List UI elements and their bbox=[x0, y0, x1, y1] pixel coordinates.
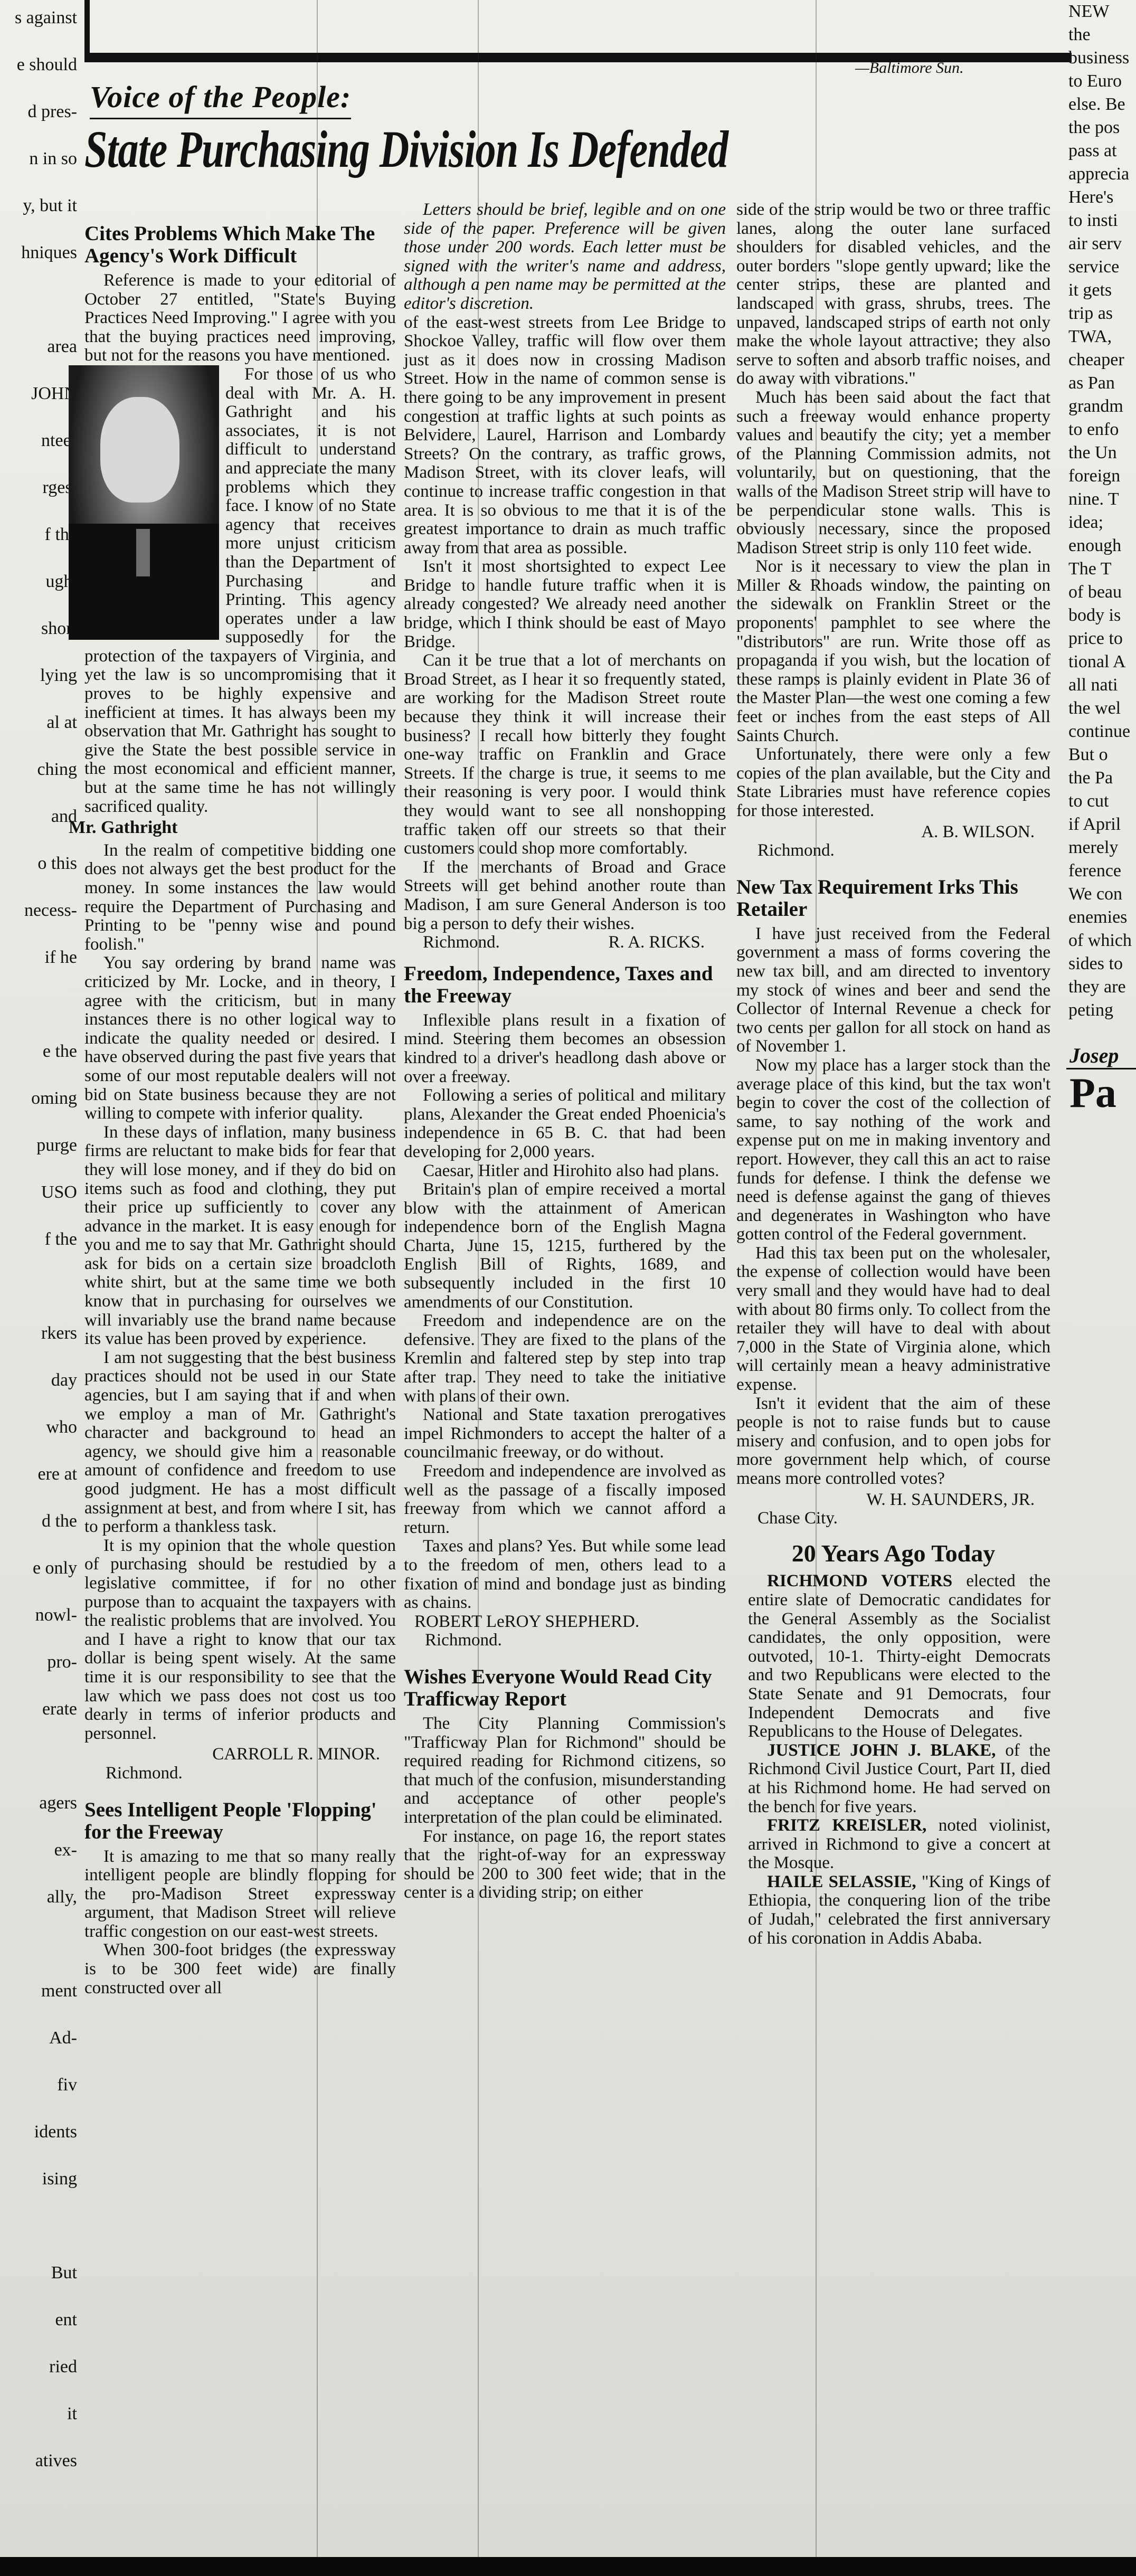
cartoon-credit: —Baltimore Sun. bbox=[855, 59, 964, 77]
paragraph: Much has been said about the fact that s… bbox=[736, 389, 1050, 557]
newspaper-page: s againste shouldd pres-n in soy, but it… bbox=[0, 0, 1136, 2576]
margin-fragment: nine. T bbox=[1068, 488, 1136, 511]
history-item: JUSTICE JOHN J. BLAKE, of the Richmond C… bbox=[736, 1741, 1050, 1816]
margin-fragment: body is bbox=[1068, 604, 1136, 627]
signature: R. A. RICKS. bbox=[609, 933, 705, 952]
margin-fragment: rkers bbox=[41, 1321, 77, 1346]
margin-fragment: hniques bbox=[21, 240, 77, 265]
margin-fragment: But bbox=[51, 2260, 77, 2285]
history-item: RICHMOND VOTERS elected the entire slate… bbox=[736, 1572, 1050, 1741]
letter-headline-minor: Cites Problems Which Make The Agency's W… bbox=[84, 223, 396, 267]
margin-fragment: sides to bbox=[1068, 952, 1136, 976]
portrait-tie bbox=[136, 529, 150, 576]
paragraph: Freedom and independence are involved as… bbox=[404, 1462, 726, 1537]
margin-fragment: price to bbox=[1068, 627, 1136, 650]
portrait-photo bbox=[69, 365, 219, 640]
portrait-face bbox=[100, 397, 179, 503]
paragraph: Taxes and plans? Yes. But while some lea… bbox=[404, 1537, 726, 1612]
margin-fragment: e only bbox=[33, 1556, 77, 1580]
right-margin-text: NEWthebusinessto Euroelse. Bethe pospass… bbox=[1066, 0, 1136, 1022]
history-item: HAILE SELASSIE, "King of Kings of Ethiop… bbox=[736, 1873, 1050, 1948]
margin-fragment: purge bbox=[36, 1133, 77, 1158]
margin-fragment: ent bbox=[55, 2307, 77, 2332]
item-lead: JUSTICE JOHN J. BLAKE, bbox=[767, 1741, 996, 1760]
margin-fragment: USO bbox=[41, 1180, 77, 1205]
signature-place: Richmond. bbox=[404, 1631, 726, 1650]
signature-line: Richmond. R. A. RICKS. bbox=[404, 933, 726, 952]
margin-fragment: if he bbox=[45, 945, 77, 970]
margin-fragment: to cut bbox=[1068, 790, 1136, 813]
margin-fragment: business bbox=[1068, 46, 1136, 70]
paragraph: National and State taxation prerogatives… bbox=[404, 1406, 726, 1462]
paragraph: Now my place has a larger stock than the… bbox=[736, 1056, 1050, 1244]
margin-fragment: idents bbox=[34, 2119, 77, 2144]
column-2: Letters should be brief, legible and on … bbox=[404, 201, 726, 1902]
paragraph: The City Planning Commission's "Trafficw… bbox=[404, 1715, 726, 1827]
margin-fragment: service bbox=[1068, 255, 1136, 279]
signature: A. B. WILSON. bbox=[736, 823, 1035, 842]
margin-fragment: o this bbox=[37, 851, 77, 876]
paragraph: Reference is made to your editorial of O… bbox=[84, 271, 396, 365]
column-1: Cites Problems Which Make The Agency's W… bbox=[84, 217, 396, 1997]
margin-fragment: tional A bbox=[1068, 650, 1136, 674]
paragraph: Caesar, Hitler and Hirohito also had pla… bbox=[404, 1162, 726, 1181]
margin-fragment: to insti bbox=[1068, 209, 1136, 232]
letter-headline-flopping: Sees Intelligent People 'Flopping' for t… bbox=[84, 1799, 396, 1843]
letter-headline-saunders: New Tax Requirement Irks This Retailer bbox=[736, 876, 1050, 921]
margin-fragment: enemies bbox=[1068, 906, 1136, 929]
signature-place: Richmond. bbox=[84, 1764, 396, 1783]
scan-streak bbox=[317, 0, 318, 2576]
signature-place: Richmond. bbox=[423, 933, 500, 952]
history-item: FRITZ KREISLER, noted violinist, arrived… bbox=[736, 1816, 1050, 1873]
letter-headline-shepherd: Freedom, Independence, Taxes and the Fre… bbox=[404, 963, 726, 1007]
paragraph: For instance, on page 16, the report sta… bbox=[404, 1827, 726, 1902]
margin-fragment: But o bbox=[1068, 743, 1136, 766]
margin-fragment: ment bbox=[41, 1978, 77, 2003]
margin-fragment: the wel bbox=[1068, 697, 1136, 720]
margin-fragment: it bbox=[67, 2401, 77, 2426]
margin-fragment: pro- bbox=[47, 1650, 77, 1674]
letter-headline-trafficway: Wishes Everyone Would Read City Trafficw… bbox=[404, 1666, 726, 1710]
paragraph: Isn't it evident that the aim of these p… bbox=[736, 1395, 1050, 1489]
paragraph: You say ordering by brand name was criti… bbox=[84, 954, 396, 1123]
margin-fragment: n in so bbox=[29, 146, 77, 171]
paragraph: Following a series of political and mili… bbox=[404, 1086, 726, 1161]
margin-fragment: agers bbox=[39, 1791, 77, 1815]
paragraph: It is my opinion that the whole question… bbox=[84, 1537, 396, 1744]
paragraph: I have just received from the Federal go… bbox=[736, 925, 1050, 1056]
margin-fragment: d the bbox=[42, 1509, 77, 1533]
right-margin-column-fragment: NEWthebusinessto Euroelse. Bethe pospass… bbox=[1066, 0, 1136, 2576]
margin-fragment: We con bbox=[1068, 883, 1136, 906]
margin-fragment: the Pa bbox=[1068, 766, 1136, 790]
margin-fragment: air serv bbox=[1068, 232, 1136, 255]
item-lead: HAILE SELASSIE, bbox=[767, 1872, 916, 1891]
paragraph: It is amazing to me that so many really … bbox=[84, 1848, 396, 1942]
margin-fragment: y, but it bbox=[23, 193, 77, 218]
margin-fragment: idea; bbox=[1068, 511, 1136, 534]
paragraph: Britain's plan of empire received a mort… bbox=[404, 1180, 726, 1312]
margin-fragment: ally, bbox=[47, 1884, 77, 1909]
margin-fragment: to enfo bbox=[1068, 418, 1136, 441]
margin-fragment: fiv bbox=[57, 2072, 77, 2097]
margin-fragment: enough bbox=[1068, 534, 1136, 557]
margin-fragment: lying bbox=[40, 663, 77, 688]
margin-fragment: d pres- bbox=[28, 99, 77, 124]
margin-fragment: the pos bbox=[1068, 116, 1136, 139]
paragraph: of the east-west streets from Lee Bridge… bbox=[404, 314, 726, 558]
cartoon-frame bbox=[84, 0, 1072, 62]
margin-fragment: al at bbox=[46, 710, 77, 735]
margin-fragment: trip as bbox=[1068, 302, 1136, 325]
margin-fragment: oming bbox=[31, 1086, 77, 1111]
margin-fragment: apprecia bbox=[1068, 163, 1136, 186]
margin-fragment: merely bbox=[1068, 836, 1136, 859]
scan-bottom-edge bbox=[0, 2557, 1136, 2576]
signature: CARROLL R. MINOR. bbox=[84, 1745, 380, 1764]
margin-fragment: it gets bbox=[1068, 279, 1136, 302]
margin-fragment: all nati bbox=[1068, 674, 1136, 697]
paragraph: Unfortunately, there were only a few cop… bbox=[736, 745, 1050, 820]
item-lead: RICHMOND VOTERS bbox=[767, 1571, 952, 1590]
margin-fragment: s against bbox=[15, 5, 77, 30]
margin-fragment: TWA, bbox=[1068, 325, 1136, 348]
paragraph: Inflexible plans result in a fixation of… bbox=[404, 1011, 726, 1086]
scan-streak bbox=[816, 0, 817, 2576]
margin-fragment: area bbox=[47, 334, 77, 359]
margin-fragment: if April bbox=[1068, 813, 1136, 836]
left-margin-column-fragment: s againste shouldd pres-n in soy, but it… bbox=[0, 0, 79, 2576]
margin-fragment: of which bbox=[1068, 929, 1136, 952]
margin-fragment: the Un bbox=[1068, 441, 1136, 465]
margin-fragment: ising bbox=[42, 2166, 77, 2191]
margin-fragment: day bbox=[51, 1368, 77, 1393]
section-masthead: Voice of the People: bbox=[90, 79, 351, 119]
twenty-years-ago-headline: 20 Years Ago Today bbox=[736, 1544, 1050, 1563]
margin-fragment: erate bbox=[42, 1697, 77, 1721]
margin-fragment: continue bbox=[1068, 720, 1136, 743]
item-text: elected the entire slate of Democratic c… bbox=[748, 1571, 1050, 1741]
margin-fragment: to Euro bbox=[1068, 70, 1136, 93]
margin-fragment: as Pan bbox=[1068, 372, 1136, 395]
paragraph: Can it be true that a lot of merchants o… bbox=[404, 651, 726, 858]
paragraph: If the merchants of Broad and Grace Stre… bbox=[404, 858, 726, 933]
margin-fragment: NEW bbox=[1068, 0, 1136, 23]
letter-guidelines: Letters should be brief, legible and on … bbox=[404, 201, 726, 314]
paragraph: When 300-foot bridges (the expressway is… bbox=[84, 1941, 396, 1997]
margin-fragment: e the bbox=[43, 1039, 77, 1064]
margin-fragment: of beau bbox=[1068, 581, 1136, 604]
margin-fragment: f the bbox=[45, 1227, 77, 1252]
scan-streak bbox=[478, 0, 479, 2576]
signature: W. H. SAUNDERS, JR. bbox=[736, 1491, 1035, 1510]
margin-fragment: ere at bbox=[37, 1462, 77, 1486]
paragraph: Had this tax been put on the wholesaler,… bbox=[736, 1244, 1050, 1395]
margin-fragment: pass at bbox=[1068, 139, 1136, 163]
paragraph: In the realm of competitive bidding one … bbox=[84, 841, 396, 954]
margin-fragment: foreign bbox=[1068, 465, 1136, 488]
margin-fragment: The T bbox=[1068, 557, 1136, 581]
photo-caption: Mr. Gathright bbox=[69, 818, 396, 837]
margin-fragment: ried bbox=[49, 2354, 77, 2379]
signature-place: Chase City. bbox=[736, 1509, 1050, 1528]
margin-fragment: atives bbox=[35, 2448, 77, 2473]
margin-fragment: Here's bbox=[1068, 186, 1136, 209]
margin-fragment: nowl- bbox=[35, 1603, 77, 1627]
margin-fragment: else. Be bbox=[1068, 93, 1136, 116]
main-headline: State Purchasing Division Is Defended bbox=[84, 119, 728, 179]
paragraph: side of the strip would be two or three … bbox=[736, 201, 1050, 389]
margin-fragment: necess- bbox=[24, 898, 77, 923]
margin-fragment: peting bbox=[1068, 999, 1136, 1022]
paragraph: In these days of inflation, many busines… bbox=[84, 1123, 396, 1349]
margin-fragment: Ad- bbox=[49, 2025, 77, 2050]
column-byline-fragment: Josep bbox=[1066, 1043, 1136, 1069]
item-lead: FRITZ KREISLER, bbox=[767, 1816, 926, 1835]
paragraph: Freedom and independence are on the defe… bbox=[404, 1312, 726, 1406]
signature: ROBERT LeROY SHEPHERD. bbox=[404, 1613, 726, 1632]
paragraph: I am not suggesting that the best busine… bbox=[84, 1349, 396, 1537]
paragraph: Nor is it necessary to view the plan in … bbox=[736, 557, 1050, 745]
paragraph: Isn't it most shortsighted to expect Lee… bbox=[404, 557, 726, 651]
signature-place: Richmond. bbox=[736, 841, 1050, 860]
margin-fragment: cheaper bbox=[1068, 348, 1136, 372]
margin-fragment: ex- bbox=[54, 1838, 77, 1862]
margin-fragment: the bbox=[1068, 23, 1136, 46]
margin-fragment: ching bbox=[37, 757, 77, 782]
margin-fragment: e should bbox=[17, 52, 77, 77]
margin-fragment: they are bbox=[1068, 976, 1136, 999]
column-3: side of the strip would be two or three … bbox=[736, 201, 1050, 1948]
margin-fragment: ference bbox=[1068, 859, 1136, 883]
column-title-fragment: Pa bbox=[1066, 1069, 1136, 1117]
margin-fragment: who bbox=[46, 1415, 77, 1439]
margin-fragment: grandm bbox=[1068, 395, 1136, 418]
